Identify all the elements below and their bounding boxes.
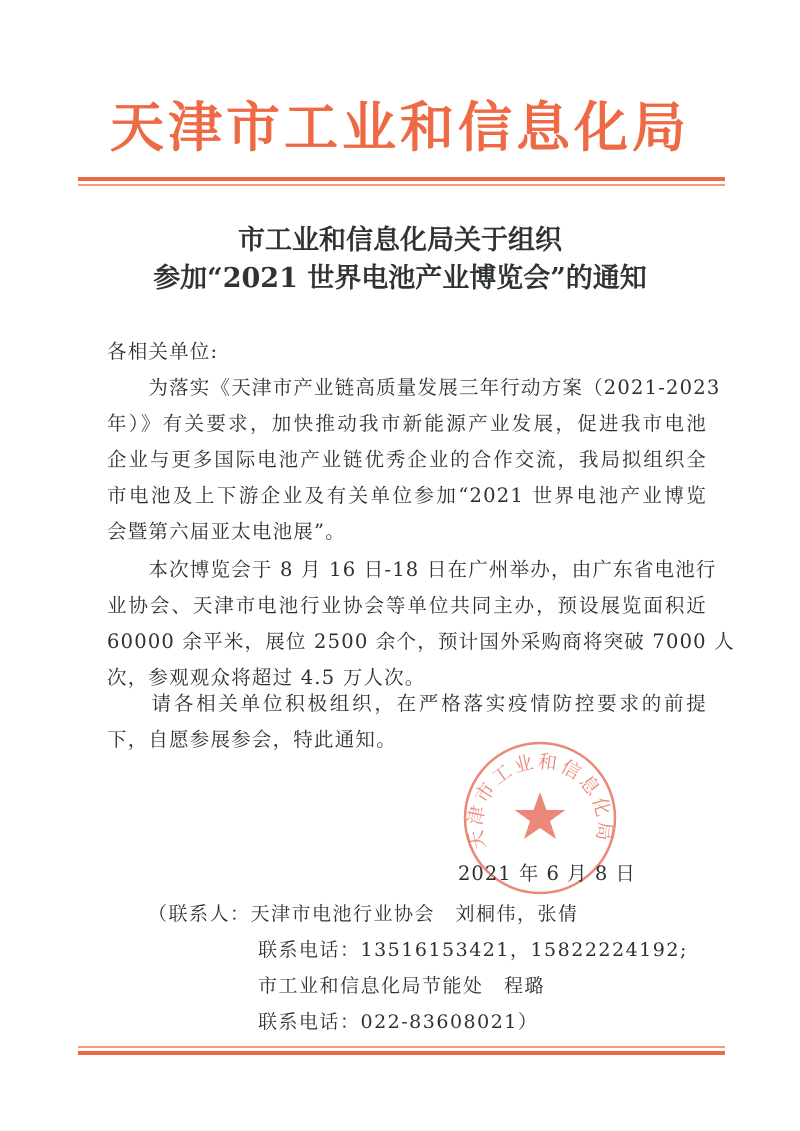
header-rule-thick [78,177,725,181]
body-line: 年）》有关要求，加快推动我市新能源产业发展，促进我市电池 [107,406,707,442]
document-title-line-1: 市工业和信息化局关于组织 [0,222,800,260]
body-line: 企业与更多国际电池产业链优秀企业的合作交流，我局拟组织全 [107,442,707,478]
body-line: 本次博览会于 8 月 16 日-18 日在广州举办，由广东省电池行 [107,552,707,588]
contact-line-2: 联系电话：13516153421，15822224192; [258,932,688,968]
salutation: 各相关单位: [107,334,707,370]
footer-rule-thin [78,1046,725,1048]
footer-rule-thick [78,1051,725,1055]
body-line: 会暨第六届亚太电池展”。 [107,514,707,550]
issue-date: 2021 年 6 月 8 日 [458,860,636,888]
body-line: 为落实《天津市产业链高质量发展三年行动方案（2021-2023 [107,370,707,406]
body-line: 业协会、天津市电池行业协会等单位共同主办，预设展览面积近 [107,588,707,624]
contact-line-4: 联系电话：022-83608021） [258,1004,538,1040]
contact-line-3: 市工业和信息化局节能处 程璐 [258,968,545,1004]
body-line: 60000 余平米，展位 2500 余个，预计国外采购商将突破 7000 人 [107,624,707,660]
document-title-line-2: 参加“2021 世界电池产业博览会”的通知 [0,260,800,298]
body-line: 请各相关单位积极组织，在严格落实疫情防控要求的前提 [107,686,707,722]
agency-letterhead-title: 天津市工业和信息化局 [0,96,800,158]
header-rule-thin [78,184,725,186]
body-line: 市电池及上下游企业及有关单位参加“2021 世界电池产业博览 [107,478,707,514]
contact-line-1: （联系人：天津市电池行业协会 刘桐伟，张倩 [148,896,579,932]
